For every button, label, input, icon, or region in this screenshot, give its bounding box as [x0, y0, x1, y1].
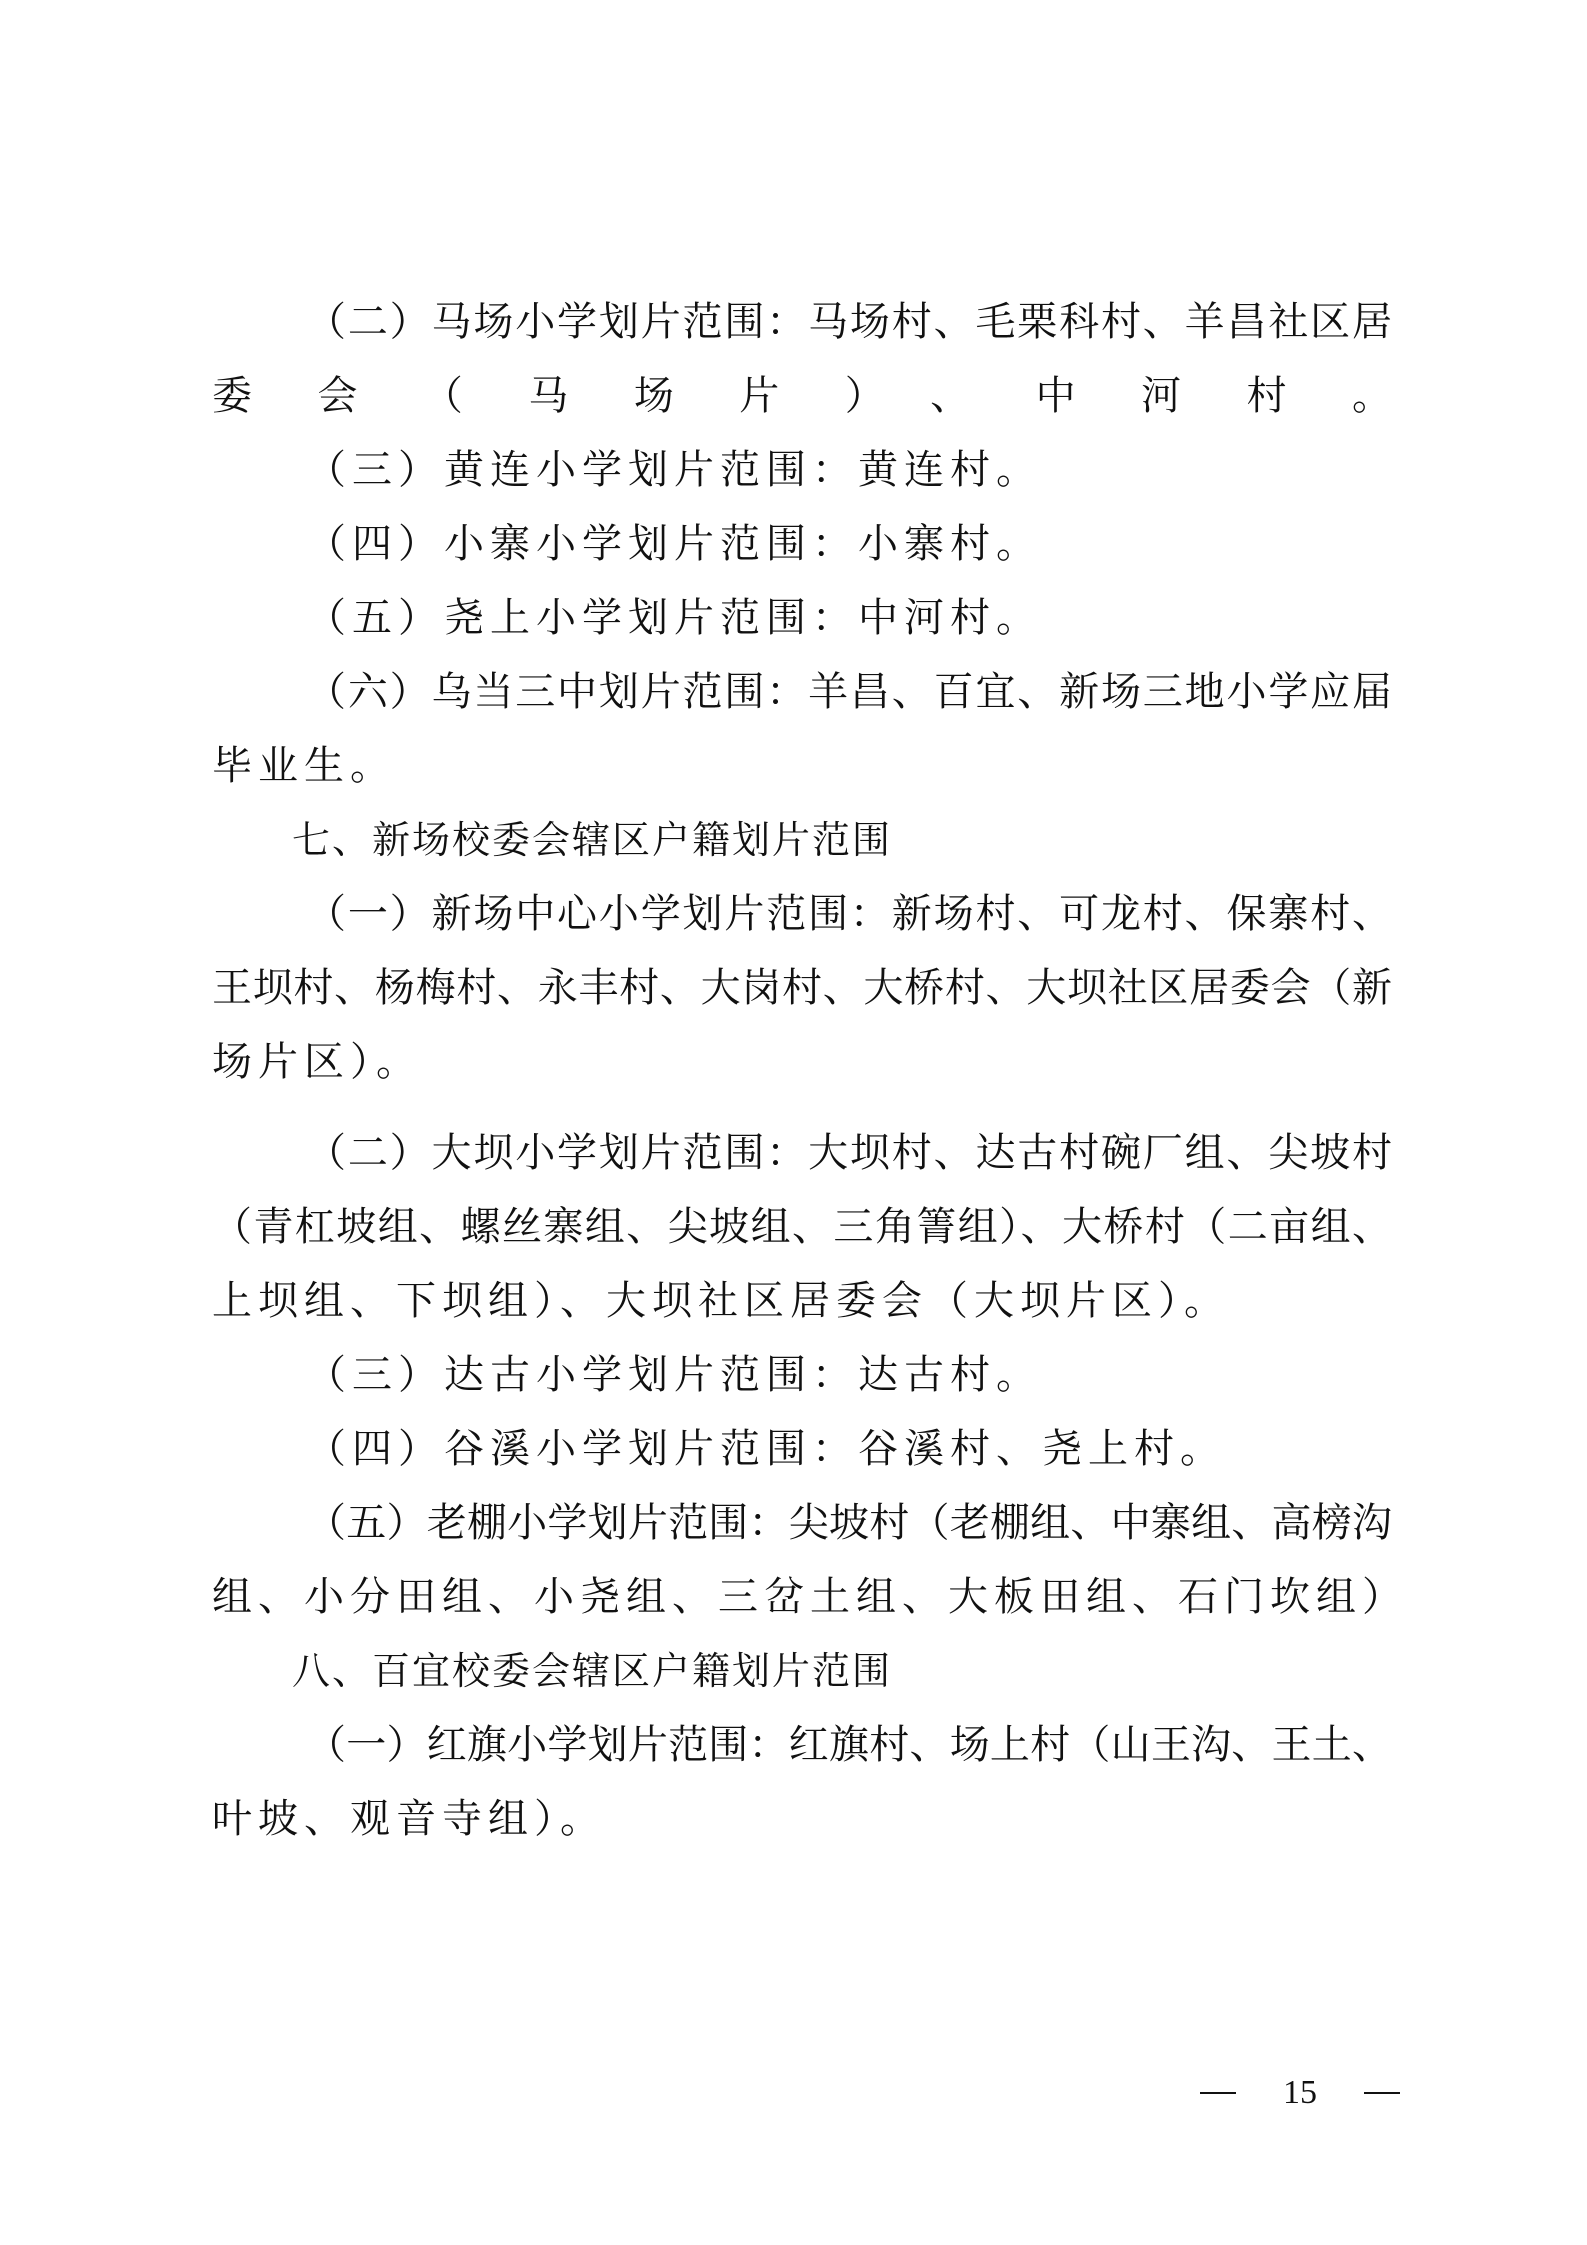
paragraph-line: （一）红旗小学划片范围：红旗村、场上村（山王沟、王土、	[306, 1715, 1392, 1775]
page-footer: 15	[1200, 2068, 1400, 2118]
paragraph-line: （一）新场中心小学划片范围：新场村、可龙村、保寨村、	[306, 884, 1392, 944]
paragraph-line: 毕业生。	[212, 736, 1392, 796]
dash-left	[1200, 2092, 1236, 2094]
paragraph-line: 委会（马场片）、中河村。	[212, 366, 1392, 426]
section-heading: 七、新场校委会辖区户籍划片范围	[292, 810, 1472, 870]
page-number: 15	[1283, 2074, 1317, 2112]
paragraph-line: 场片区）。	[212, 1032, 1392, 1092]
paragraph-line: （三）达古小学划片范围：达古村。	[306, 1345, 1392, 1405]
paragraph-line: （二）大坝小学划片范围：大坝村、达古村碗厂组、尖坡村	[306, 1123, 1392, 1183]
paragraph-line: （青杠坡组、螺丝寨组、尖坡组、三角箐组）、大桥村（二亩组、	[212, 1197, 1392, 1257]
dash-right	[1364, 2092, 1400, 2094]
paragraph-line: 王坝村、杨梅村、永丰村、大岗村、大桥村、大坝社区居委会（新	[212, 958, 1392, 1018]
paragraph-line: 上坝组、下坝组）、大坝社区居委会（大坝片区）。	[212, 1271, 1392, 1331]
paragraph-line: （三）黄连小学划片范围：黄连村。	[306, 440, 1392, 500]
paragraph-line: 组、小分田组、小尧组、三岔土组、大板田组、石门坎组）	[212, 1567, 1392, 1627]
paragraph-line: 叶坡、观音寺组）。	[212, 1789, 1392, 1849]
paragraph-line: （五）老棚小学划片范围：尖坡村（老棚组、中寨组、高榜沟	[306, 1493, 1392, 1553]
paragraph-line: （四）小寨小学划片范围：小寨村。	[306, 514, 1392, 574]
section-heading: 八、百宜校委会辖区户籍划片范围	[292, 1641, 1472, 1701]
paragraph-line: （六）乌当三中划片范围：羊昌、百宜、新场三地小学应届	[306, 662, 1392, 722]
document-page: （二）马场小学划片范围：马场村、毛栗科村、羊昌社区居 委会（马场片）、中河村。 …	[0, 0, 1587, 2245]
paragraph-line: （二）马场小学划片范围：马场村、毛栗科村、羊昌社区居	[306, 292, 1392, 352]
paragraph-line: （五）尧上小学划片范围：中河村。	[306, 588, 1392, 648]
paragraph-line: （四）谷溪小学划片范围：谷溪村、尧上村。	[306, 1419, 1392, 1479]
